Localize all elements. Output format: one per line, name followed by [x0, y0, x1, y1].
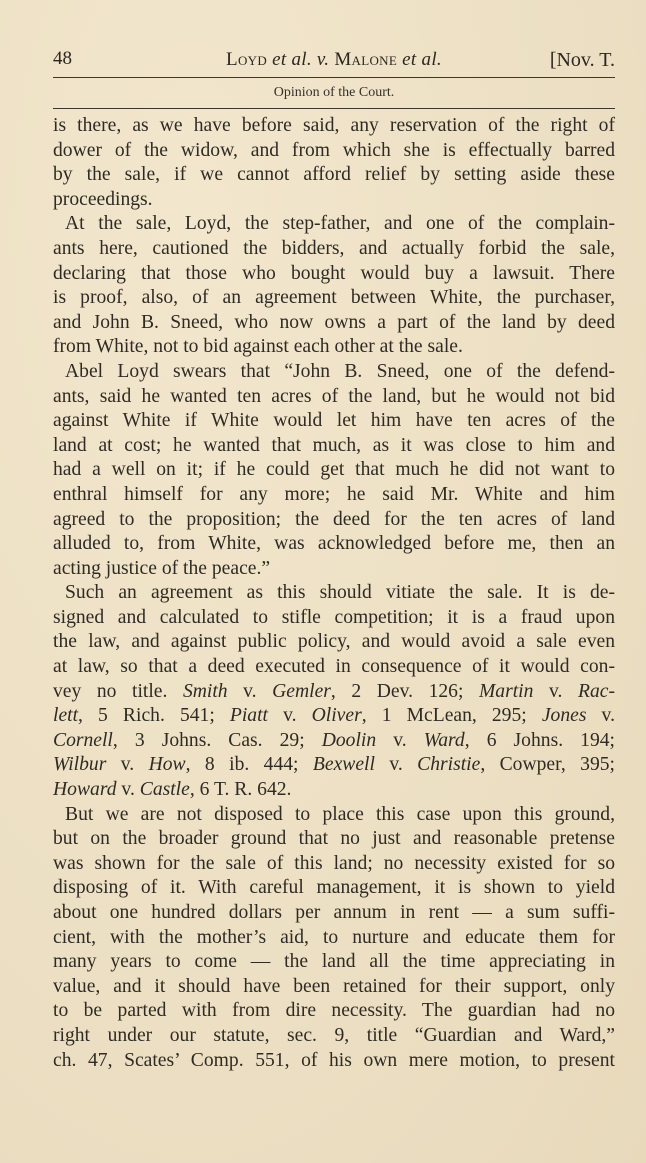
- text-line: by the sale, if we cannot afford relief …: [53, 163, 615, 188]
- header-rule: [53, 77, 615, 78]
- case-name: Christie: [417, 754, 480, 775]
- text-line: right under our statute, sec. 9, title “…: [53, 1024, 615, 1049]
- case-name: Ward: [424, 730, 465, 751]
- text-line: proceedings.: [53, 188, 615, 213]
- case-name: Oliver: [312, 705, 362, 726]
- text-line: from White, not to bid against each othe…: [53, 335, 615, 360]
- case-name: Howard: [53, 779, 117, 800]
- case-name: Gemler: [272, 681, 331, 702]
- case-name: Castle: [140, 779, 190, 800]
- text-line: but on the broader ground that no just a…: [53, 827, 615, 852]
- case-name: Wilbur: [53, 754, 106, 775]
- text-line: at law, so that a deed executed in conse…: [53, 655, 615, 680]
- section-heading: Opinion of the Court.: [53, 85, 615, 101]
- case-title: Loyd et al. v. Malone et al.: [53, 49, 615, 71]
- text-line: about one hundred dollars per annum in r…: [53, 901, 615, 926]
- text-line: cient, with the mother’s aid, to nurture…: [53, 926, 615, 951]
- case-name: How: [149, 754, 186, 775]
- text-line: ants, said he wanted ten acres of the la…: [53, 385, 615, 410]
- text-line: was shown for the sale of this land; no …: [53, 852, 615, 877]
- section-rule: [53, 108, 615, 109]
- text-line: Such an agreement as this should vitiate…: [53, 581, 615, 606]
- text-line: ch. 47, Scates’ Comp. 551, of his own me…: [53, 1049, 615, 1074]
- text-line: value, and it should have been retained …: [53, 975, 615, 1000]
- text-line: dower of the widow, and from which she i…: [53, 139, 615, 164]
- text-line: enthral himself for any more; he said Mr…: [53, 483, 615, 508]
- text-line: But we are not disposed to place this ca…: [53, 803, 615, 828]
- text-line: signed and calculated to stifle competit…: [53, 606, 615, 631]
- party-malone: Malone: [334, 49, 397, 70]
- case-name: Rac-: [578, 681, 615, 702]
- case-name: Bexwell: [313, 754, 375, 775]
- text-line: is proof, also, of an agreement between …: [53, 286, 615, 311]
- text-line: At the sale, Loyd, the step-father, and …: [53, 212, 615, 237]
- text-line: agreed to the proposition; the deed for …: [53, 508, 615, 533]
- text-line: to be parted with from dire necessity. T…: [53, 999, 615, 1024]
- text-line: the law, and against public policy, and …: [53, 630, 615, 655]
- citation-line: Howard v. Castle, 6 T. R. 642.: [53, 778, 615, 803]
- versus: v.: [312, 49, 334, 70]
- case-name: Jones: [542, 705, 587, 726]
- text-line: acting justice of the peace.”: [53, 557, 615, 582]
- et-al-2: et al.: [397, 49, 442, 70]
- et-al-1: et al.: [267, 49, 312, 70]
- case-name: lett: [53, 705, 78, 726]
- text-line: against White if White would let him hav…: [53, 409, 615, 434]
- citation-line: lett, 5 Rich. 541; Piatt v. Oliver, 1 Mc…: [53, 704, 615, 729]
- text-line: disposing of it. With careful management…: [53, 876, 615, 901]
- party-loyd: Loyd: [226, 49, 267, 70]
- text-line: declaring that those who bought would bu…: [53, 262, 615, 287]
- citation-line: vey no title. Smith v. Gemler, 2 Dev. 12…: [53, 680, 615, 705]
- text-line: ants here, cautioned the bidders, and ac…: [53, 237, 615, 262]
- running-head: 48 Loyd et al. v. Malone et al. [Nov. T.: [53, 48, 615, 72]
- text-line: alluded to, from White, was acknowledged…: [53, 532, 615, 557]
- term-label: [Nov. T.: [550, 49, 615, 72]
- text-line: Abel Loyd swears that “John B. Sneed, on…: [53, 360, 615, 385]
- body-text: is there, as we have before said, any re…: [53, 114, 615, 1073]
- case-name: Piatt: [230, 705, 268, 726]
- text-line: is there, as we have before said, any re…: [53, 114, 615, 139]
- case-name: Martin: [479, 681, 533, 702]
- case-name: Smith: [183, 681, 228, 702]
- text-line: land at cost; he wanted that much, as it…: [53, 434, 615, 459]
- text-line: had a well on it; if he could get that m…: [53, 458, 615, 483]
- citation-line: Cornell, 3 Johns. Cas. 29; Doolin v. War…: [53, 729, 615, 754]
- citation-line: Wilbur v. How, 8 ib. 444; Bexwell v. Chr…: [53, 753, 615, 778]
- case-name: Cornell: [53, 730, 113, 751]
- text-line: and John B. Sneed, who now owns a part o…: [53, 311, 615, 336]
- case-name: Doolin: [322, 730, 376, 751]
- text-line: many years to come — the land all the ti…: [53, 950, 615, 975]
